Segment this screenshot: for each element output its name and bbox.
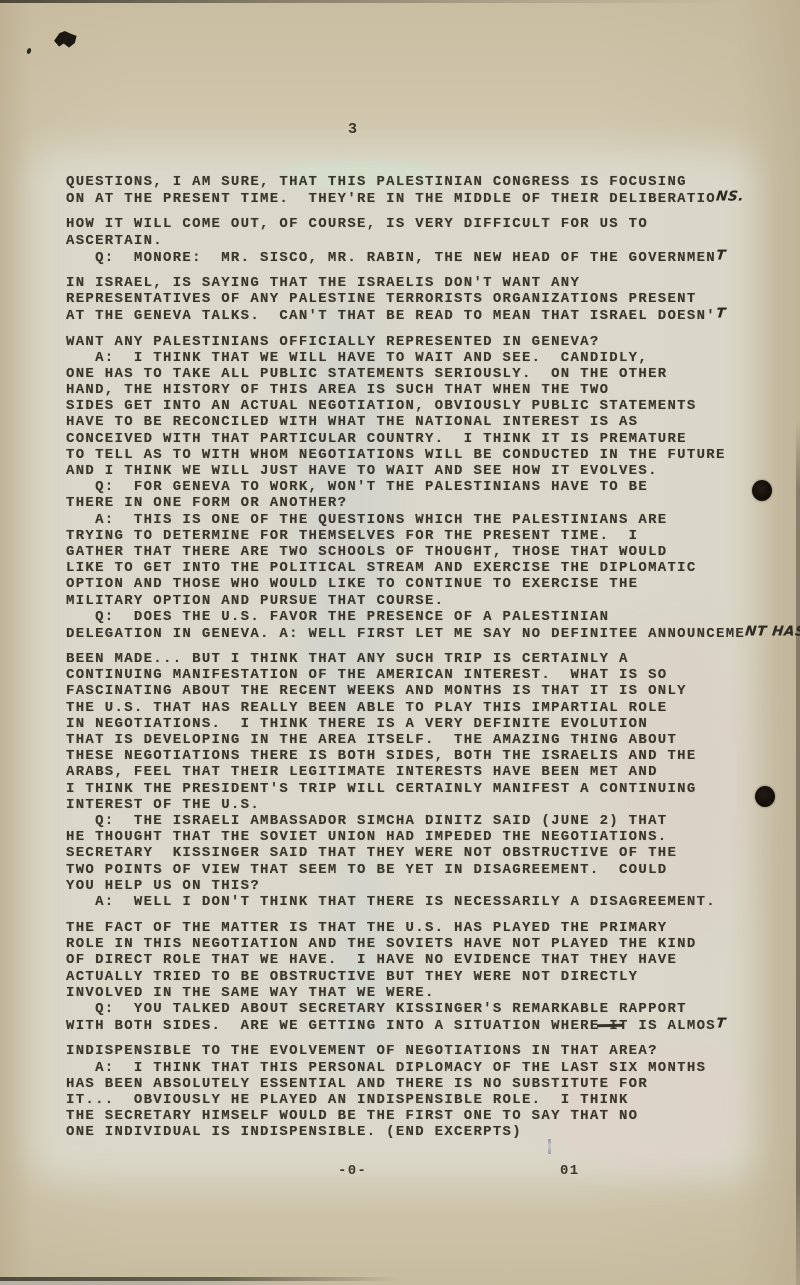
typed-text: OPTION AND THOSE WHO WOULD LIKE TO CONTI… bbox=[66, 576, 638, 592]
typed-text: FASCINATING ABOUT THE RECENT WEEKS AND M… bbox=[66, 683, 687, 699]
typed-line: A: THIS IS ONE OF THE QUESTIONS WHICH TH… bbox=[66, 512, 800, 528]
typed-text: HAVE TO BE RECONCILED WITH WHAT THE NATI… bbox=[66, 414, 638, 430]
typed-line: A: I THINK THAT THIS PERSONAL DIPLOMACY … bbox=[66, 1060, 800, 1076]
typed-text: ROLE IN THIS NEGOTIATION AND THE SOVIETS… bbox=[66, 936, 697, 952]
typed-text: QUESTIONS, I AM SURE, THAT THIS PALESTIN… bbox=[66, 174, 687, 190]
typed-text: A: I THINK THAT THIS PERSONAL DIPLOMACY … bbox=[66, 1060, 706, 1076]
typed-line: WITH BOTH SIDES. ARE WE GETTING INTO A S… bbox=[66, 1017, 800, 1033]
typed-text: WITH BOTH SIDES. ARE WE GETTING INTO A S… bbox=[66, 1018, 716, 1034]
scan-edge-top bbox=[0, 0, 770, 3]
typed-line: HAVE TO BE RECONCILED WITH WHAT THE NATI… bbox=[66, 414, 800, 430]
typed-line: AND I THINK WE WILL JUST HAVE TO WAIT AN… bbox=[66, 463, 800, 479]
typed-text: INVOLVED IN THE SAME WAY THAT WE WERE. bbox=[66, 985, 435, 1001]
page-footer: -0- 01 bbox=[0, 1163, 800, 1181]
typed-text: YOU HELP US ON THIS? bbox=[66, 878, 260, 894]
typed-line: OF DIRECT ROLE THAT WE HAVE. I HAVE NO E… bbox=[66, 952, 800, 968]
scan-edge-bottom-light bbox=[0, 1281, 310, 1285]
typed-line: Q: YOU TALKED ABOUT SECRETARY KISSINGER'… bbox=[66, 1001, 800, 1017]
typed-text: MILITARY OPTION AND PURSUE THAT COURSE. bbox=[66, 593, 444, 609]
handwritten-annotation: T bbox=[715, 247, 727, 263]
typed-text: HOW IT WILL COME OUT, OF COURSE, IS VERY… bbox=[66, 216, 648, 232]
typed-line: ON AT THE PRESENT TIME. THEY'RE IN THE M… bbox=[66, 190, 800, 206]
typed-text: THESE NEGOTIATIONS THERE IS BOTH SIDES, … bbox=[66, 748, 697, 764]
typed-text: GATHER THAT THERE ARE TWO SCHOOLS OF THO… bbox=[66, 544, 667, 560]
typed-line: TO TELL AS TO WITH WHOM NEGOTIATIONS WIL… bbox=[66, 447, 800, 463]
typed-line: HE THOUGHT THAT THE SOVIET UNION HAD IMP… bbox=[66, 829, 800, 845]
typed-text: A: WELL I DON'T THINK THAT THERE IS NECE… bbox=[66, 894, 716, 910]
handwritten-annotation: T bbox=[715, 1016, 727, 1032]
typed-text: ASCERTAIN. bbox=[66, 233, 163, 249]
typed-line: INDISPENSIBLE TO THE EVOLVEMENT OF NEGOT… bbox=[66, 1043, 800, 1059]
footer-page-code: 01 bbox=[560, 1163, 579, 1179]
typed-text: BEEN MADE... BUT I THINK THAT ANY SUCH T… bbox=[66, 651, 629, 667]
typed-line: BEEN MADE... BUT I THINK THAT ANY SUCH T… bbox=[66, 651, 800, 667]
typed-line: HAS BEEN ABSOLUTELY ESSENTIAL AND THERE … bbox=[66, 1076, 800, 1092]
typed-line: SECRETARY KISSINGER SAID THAT THEY WERE … bbox=[66, 845, 800, 861]
typed-text: ONE INDIVIDUAL IS INDISPENSIBLE. (END EX… bbox=[66, 1124, 522, 1140]
typed-text: Q: DOES THE U.S. FAVOR THE PRESENCE OF A… bbox=[66, 609, 609, 625]
typed-text: IT... OBVIOUSLY HE PLAYED AN INDISPENSIB… bbox=[66, 1092, 629, 1108]
typed-text: Q: FOR GENEVA TO WORK, WON'T THE PALESTI… bbox=[66, 479, 648, 495]
typed-line: HOW IT WILL COME OUT, OF COURSE, IS VERY… bbox=[66, 216, 800, 232]
typed-line: ASCERTAIN. bbox=[66, 233, 800, 249]
typed-text: THE FACT OF THE MATTER IS THAT THE U.S. … bbox=[66, 920, 667, 936]
typed-text: AND I THINK WE WILL JUST HAVE TO WAIT AN… bbox=[66, 463, 658, 479]
typed-line: A: WELL I DON'T THINK THAT THERE IS NECE… bbox=[66, 894, 800, 910]
typed-text: THE SECRETARY HIMSELF WOULD BE THE FIRST… bbox=[66, 1108, 638, 1124]
typed-line: IT... OBVIOUSLY HE PLAYED AN INDISPENSIB… bbox=[66, 1092, 800, 1108]
typed-text: WANT ANY PALESTINIANS OFFICIALLY REPRESE… bbox=[66, 334, 600, 350]
typed-line: ROLE IN THIS NEGOTIATION AND THE SOVIETS… bbox=[66, 936, 800, 952]
typed-line: CONTINUING MANIFESTATION OF THE AMERICAN… bbox=[66, 667, 800, 683]
typed-text: ACTUALLY TRIED TO BE OBSTRUCTIVE BUT THE… bbox=[66, 969, 638, 985]
typed-line: YOU HELP US ON THIS? bbox=[66, 878, 800, 894]
typed-text: Q: YOU TALKED ABOUT SECRETARY KISSINGER'… bbox=[66, 1001, 687, 1017]
typed-line: INTEREST OF THE U.S. bbox=[66, 797, 800, 813]
page-number: 3 bbox=[348, 121, 358, 138]
typed-text: Q: MONORE: MR. SISCO, MR. RABIN, THE NEW… bbox=[66, 250, 716, 266]
typed-text: TO TELL AS TO WITH WHOM NEGOTIATIONS WIL… bbox=[66, 447, 726, 463]
typed-text: HE THOUGHT THAT THE SOVIET UNION HAD IMP… bbox=[66, 829, 667, 845]
typed-text: I THINK THE PRESIDENT'S TRIP WILL CERTAI… bbox=[66, 781, 697, 797]
typed-text: A: I THINK THAT WE WILL HAVE TO WAIT AND… bbox=[66, 350, 648, 366]
typed-line: THE SECRETARY HIMSELF WOULD BE THE FIRST… bbox=[66, 1108, 800, 1124]
typed-text: REPRESENTATIVES OF ANY PALESTINE TERRORI… bbox=[66, 291, 697, 307]
typed-line: I THINK THE PRESIDENT'S TRIP WILL CERTAI… bbox=[66, 781, 800, 797]
document-body: QUESTIONS, I AM SURE, THAT THIS PALESTIN… bbox=[66, 174, 800, 1141]
typed-line: THE U.S. THAT HAS REALLY BEEN ABLE TO PL… bbox=[66, 700, 800, 716]
typed-text: AT THE GENEVA TALKS. CAN'T THAT BE READ … bbox=[66, 308, 716, 324]
typed-line: REPRESENTATIVES OF ANY PALESTINE TERRORI… bbox=[66, 291, 800, 307]
typed-line: A: I THINK THAT WE WILL HAVE TO WAIT AND… bbox=[66, 350, 800, 366]
typed-text: ON AT THE PRESENT TIME. THEY'RE IN THE M… bbox=[66, 191, 716, 207]
typed-text: ARABS, FEEL THAT THEIR LEGITIMATE INTERE… bbox=[66, 764, 658, 780]
typed-text: TRYING TO DETERMINE FOR THEMSELVES FOR T… bbox=[66, 528, 638, 544]
typed-line: MILITARY OPTION AND PURSUE THAT COURSE. bbox=[66, 593, 800, 609]
typed-line: TWO POINTS OF VIEW THAT SEEM TO BE YET I… bbox=[66, 862, 800, 878]
typed-line: WANT ANY PALESTINIANS OFFICIALLY REPRESE… bbox=[66, 334, 800, 350]
typed-text: THE U.S. THAT HAS REALLY BEEN ABLE TO PL… bbox=[66, 700, 667, 716]
typed-text: SECRETARY KISSINGER SAID THAT THEY WERE … bbox=[66, 845, 677, 861]
handwritten-annotation: T bbox=[715, 306, 727, 322]
typed-text: OF DIRECT ROLE THAT WE HAVE. I HAVE NO E… bbox=[66, 952, 677, 968]
typed-line: TRYING TO DETERMINE FOR THEMSELVES FOR T… bbox=[66, 528, 800, 544]
typed-text: HAS BEEN ABSOLUTELY ESSENTIAL AND THERE … bbox=[66, 1076, 648, 1092]
typed-line: ONE HAS TO TAKE ALL PUBLIC STATEMENTS SE… bbox=[66, 366, 800, 382]
handwritten-annotation: NS. bbox=[715, 189, 745, 205]
typed-text: INTEREST OF THE U.S. bbox=[66, 797, 260, 813]
typed-text: ONE HAS TO TAKE ALL PUBLIC STATEMENTS SE… bbox=[66, 366, 667, 382]
typed-text: THERE IN ONE FORM OR ANOTHER? bbox=[66, 495, 347, 511]
typed-text: DELEGATION IN GENEVA. A: WELL FIRST LET … bbox=[66, 626, 745, 642]
typed-line: AT THE GENEVA TALKS. CAN'T THAT BE READ … bbox=[66, 307, 800, 323]
typed-line: LIKE TO GET INTO THE POLITICAL STREAM AN… bbox=[66, 560, 800, 576]
faint-pen-mark bbox=[548, 1139, 551, 1154]
typed-line: ONE INDIVIDUAL IS INDISPENSIBLE. (END EX… bbox=[66, 1124, 800, 1140]
typed-line: HAND, THE HISTORY OF THIS AREA IS SUCH T… bbox=[66, 382, 800, 398]
typed-line: CONCEIVED WITH THAT PARTICULAR COUNTRY. … bbox=[66, 431, 800, 447]
typed-text: IN ISRAEL, IS SAYING THAT THE ISRAELIS D… bbox=[66, 275, 580, 291]
typed-line: DELEGATION IN GENEVA. A: WELL FIRST LET … bbox=[66, 625, 800, 641]
footer-separator: -0- bbox=[338, 1163, 367, 1179]
typed-text: Q: THE ISRAELI AMBASSADOR SIMCHA DINITZ … bbox=[66, 813, 667, 829]
ink-speck-mark bbox=[26, 47, 32, 54]
typed-line: SIDES GET INTO AN ACTUAL NEGOTIATION, OB… bbox=[66, 398, 800, 414]
handwritten-annotation: NT HAS bbox=[744, 623, 800, 639]
typed-line: INVOLVED IN THE SAME WAY THAT WE WERE. bbox=[66, 985, 800, 1001]
typed-line: THESE NEGOTIATIONS THERE IS BOTH SIDES, … bbox=[66, 748, 800, 764]
typed-text: SIDES GET INTO AN ACTUAL NEGOTIATION, OB… bbox=[66, 398, 697, 414]
typed-line: FASCINATING ABOUT THE RECENT WEEKS AND M… bbox=[66, 683, 800, 699]
typed-text: CONCEIVED WITH THAT PARTICULAR COUNTRY. … bbox=[66, 431, 687, 447]
typed-line: ACTUALLY TRIED TO BE OBSTRUCTIVE BUT THE… bbox=[66, 969, 800, 985]
typed-line: Q: DOES THE U.S. FAVOR THE PRESENCE OF A… bbox=[66, 609, 800, 625]
typed-text: LIKE TO GET INTO THE POLITICAL STREAM AN… bbox=[66, 560, 697, 576]
typed-text: CONTINUING MANIFESTATION OF THE AMERICAN… bbox=[66, 667, 667, 683]
ink-blob-mark bbox=[53, 29, 78, 49]
typed-line: ARABS, FEEL THAT THEIR LEGITIMATE INTERE… bbox=[66, 764, 800, 780]
typed-line: Q: MONORE: MR. SISCO, MR. RABIN, THE NEW… bbox=[66, 249, 800, 265]
typed-text: THAT IS DEVELOPING IN THE AREA ITSELF. T… bbox=[66, 732, 677, 748]
typed-line: IN NEGOTIATIONS. I THINK THERE IS A VERY… bbox=[66, 716, 800, 732]
typed-line: Q: THE ISRAELI AMBASSADOR SIMCHA DINITZ … bbox=[66, 813, 800, 829]
typed-line: THAT IS DEVELOPING IN THE AREA ITSELF. T… bbox=[66, 732, 800, 748]
typed-line: QUESTIONS, I AM SURE, THAT THIS PALESTIN… bbox=[66, 174, 800, 190]
typed-text: IN NEGOTIATIONS. I THINK THERE IS A VERY… bbox=[66, 716, 648, 732]
typed-text: TWO POINTS OF VIEW THAT SEEM TO BE YET I… bbox=[66, 862, 667, 878]
typed-line: IN ISRAEL, IS SAYING THAT THE ISRAELIS D… bbox=[66, 275, 800, 291]
typed-text: HAND, THE HISTORY OF THIS AREA IS SUCH T… bbox=[66, 382, 609, 398]
typed-line: THERE IN ONE FORM OR ANOTHER? bbox=[66, 495, 800, 511]
typed-text: A: THIS IS ONE OF THE QUESTIONS WHICH TH… bbox=[66, 512, 667, 528]
typed-line: OPTION AND THOSE WHO WOULD LIKE TO CONTI… bbox=[66, 576, 800, 592]
typed-line: THE FACT OF THE MATTER IS THAT THE U.S. … bbox=[66, 920, 800, 936]
typed-text: INDISPENSIBLE TO THE EVOLVEMENT OF NEGOT… bbox=[66, 1043, 658, 1059]
typed-line: Q: FOR GENEVA TO WORK, WON'T THE PALESTI… bbox=[66, 479, 800, 495]
typed-line: GATHER THAT THERE ARE TWO SCHOOLS OF THO… bbox=[66, 544, 800, 560]
